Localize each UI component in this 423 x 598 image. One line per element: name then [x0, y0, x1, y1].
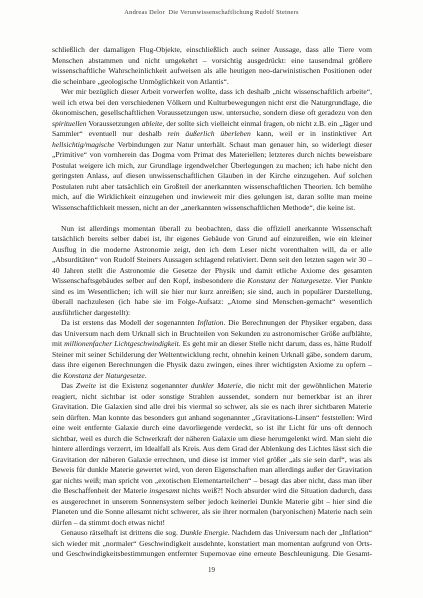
document-page: Andreas Delor Die Verunwissenschaftlichu… — [0, 0, 423, 598]
text-run: ist die Existenz sogenannter — [96, 381, 191, 390]
paragraph: Nun ist allerdings momentan überall zu b… — [52, 224, 372, 319]
text-run: Verbindungen zur Natur unterhält. Schaut… — [52, 140, 372, 212]
italic-run: ableite — [142, 119, 163, 128]
italic-run: Konstanz der Naturgesetze — [248, 276, 331, 285]
italic-run: Inflation — [197, 318, 223, 327]
italic-run: Konstanz der Naturgesetze — [63, 371, 145, 380]
italic-run: rein äußerlich überleben — [168, 129, 251, 138]
paragraph: schließlich der damaligen Flug-Objekte, … — [52, 45, 372, 87]
paragraph: Wer mir bezüglich dieser Arbeit vorwerfe… — [52, 87, 372, 213]
italic-run: insgesamt — [149, 486, 179, 495]
italic-run: dunkler Materie — [191, 381, 241, 390]
text-run: Wer mir bezüglich dieser Arbeit vorwerfe… — [52, 87, 372, 117]
paragraph: Das Zweite ist die Existenz sogenannter … — [52, 381, 372, 528]
text-run: schließlich der damaligen Flug-Objekte, … — [52, 45, 372, 86]
text-run: . — [145, 371, 147, 380]
text-run: Genauso rätselhaft ist drittens die sog. — [61, 528, 180, 537]
text-run: Voraussetzungen — [87, 119, 142, 128]
italic-run: hellsichtig/magische — [52, 140, 114, 149]
paragraph: Genauso rätselhaft ist drittens die sog.… — [52, 528, 372, 560]
text-run: Das — [61, 381, 76, 390]
running-header: Andreas Delor Die Verunwissenschaftlichu… — [0, 9, 423, 16]
body-text: schließlich der damaligen Flug-Objekte, … — [52, 45, 372, 560]
text-run: , die nicht mit der gewöhnlichen Materie… — [52, 381, 372, 495]
page-number: 19 — [0, 566, 423, 574]
italic-run: millionenfacher Lichtgeschwindigkeit — [64, 339, 179, 348]
text-run: kann, weil er in instinktiver Art — [251, 129, 372, 138]
paragraph: Da ist erstens das Modell der sogenannte… — [52, 318, 372, 381]
italic-run: spirituellen — [52, 119, 87, 128]
italic-run: Dunkle Energie — [180, 528, 228, 537]
italic-run: Zweite — [76, 381, 96, 390]
text-run: Da ist erstens das Modell der sogenannte… — [61, 318, 197, 327]
